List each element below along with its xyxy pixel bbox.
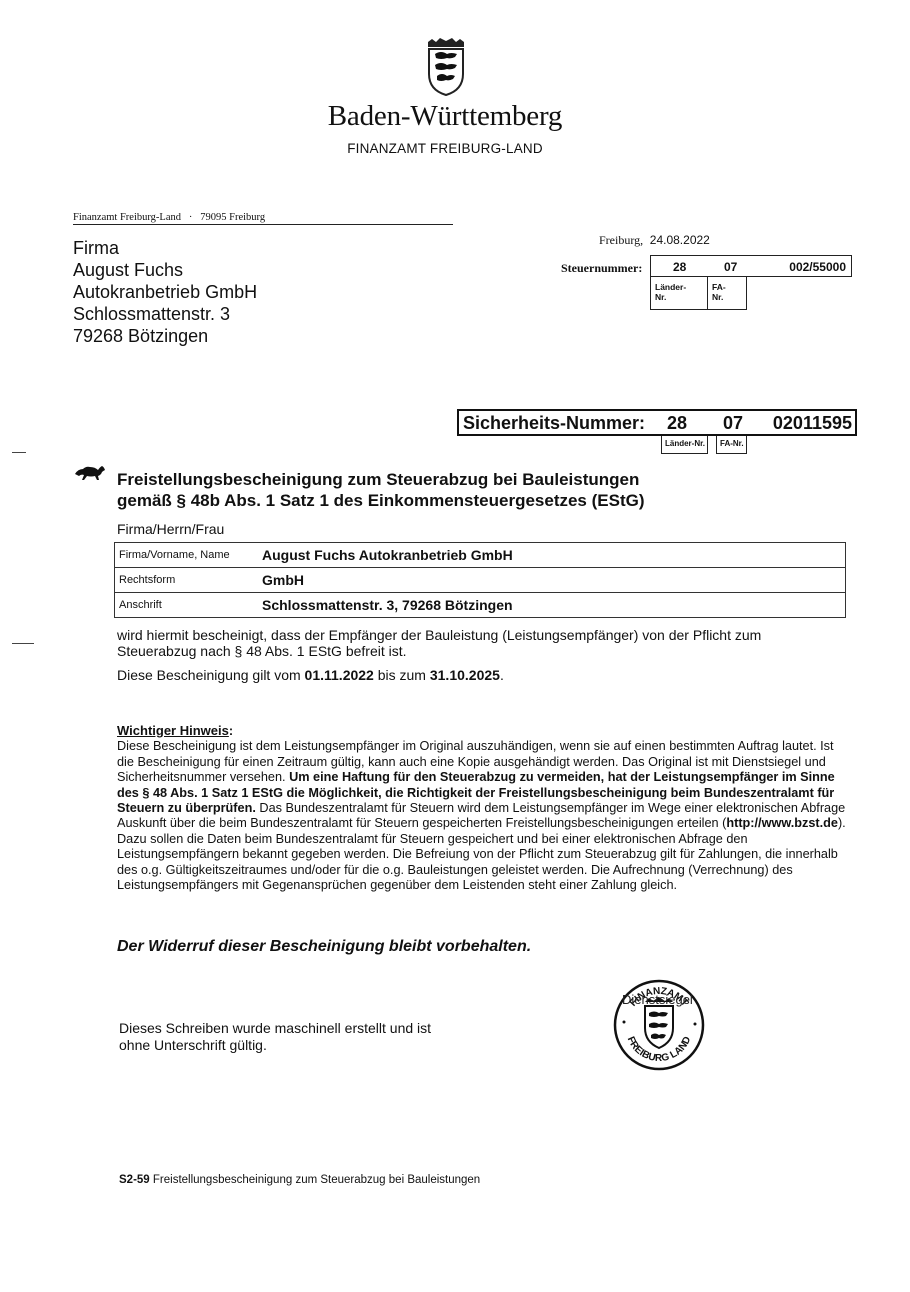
sender-line: Finanzamt Freiburg-Land · 79095 Freiburg: [73, 212, 453, 225]
validity-prefix: Diese Bescheinigung gilt vom: [117, 667, 305, 683]
document-title: Freistellungsbescheinigung zum Steuerabz…: [117, 469, 645, 511]
valid-to-date: 31.10.2025: [430, 667, 500, 683]
office-name: FINANZAMT FREIBURG-LAND: [0, 141, 890, 156]
state-name: Baden-Württemberg: [0, 100, 890, 133]
security-laender-sublabel: Länder-Nr.: [661, 436, 708, 454]
address-line: August Fuchs: [73, 259, 257, 281]
row-value: August Fuchs Autokranbetrieb GmbH: [258, 543, 846, 568]
security-fa-nr: 07: [723, 413, 743, 434]
tax-number-label: Steuernummer:: [561, 261, 642, 276]
security-number-value: 02011595: [773, 413, 852, 434]
security-number-box: Sicherheits-Nummer: 28 07 02011595: [457, 409, 857, 436]
bzst-link[interactable]: http://www.bzst.de: [726, 816, 838, 830]
revocation-note: Der Widerruf dieser Bescheinigung bleibt…: [117, 938, 531, 956]
address-line: 79268 Bötzingen: [73, 325, 257, 347]
important-notice: Wichtiger Hinweis: Diese Bescheinigung i…: [117, 723, 847, 893]
date-line: Freiburg, 24.08.2022: [599, 233, 710, 248]
date-value: 24.08.2022: [650, 233, 710, 247]
tax-laender-nr: 28: [673, 260, 686, 274]
tax-laender-sublabel: Länder-Nr.: [650, 277, 708, 310]
recipient-address: Firma August Fuchs Autokranbetrieb GmbH …: [73, 237, 257, 347]
machine-generated-note: Dieses Schreiben wurde maschinell erstel…: [119, 1020, 431, 1054]
address-line: Schlossmattenstr. 3: [73, 303, 257, 325]
address-line: Autokranbetrieb GmbH: [73, 281, 257, 303]
notice-heading: Wichtiger Hinweis: [117, 723, 229, 738]
note-line: Dieses Schreiben wurde maschinell erstel…: [119, 1020, 431, 1037]
security-laender-nr: 28: [667, 413, 687, 434]
seal-label: Dienstsiegel: [622, 992, 693, 1007]
validity-suffix: .: [500, 667, 504, 683]
tax-number-value: 002/55000: [789, 260, 846, 274]
table-row: Anschrift Schlossmattenstr. 3, 79268 Böt…: [115, 593, 846, 618]
valid-from-date: 01.11.2022: [305, 667, 374, 683]
validity-line: Diese Bescheinigung gilt vom 01.11.2022 …: [117, 667, 857, 683]
recipient-table: Firma/Vorname, Name August Fuchs Autokra…: [114, 542, 846, 618]
tax-number-box: 28 07 002/55000: [650, 255, 852, 277]
fold-mark: [12, 643, 34, 644]
table-row: Rechtsform GmbH: [115, 568, 846, 593]
row-label: Firma/Vorname, Name: [115, 543, 259, 568]
fold-mark: [12, 452, 26, 453]
date-place: Freiburg,: [599, 233, 643, 247]
row-label: Rechtsform: [115, 568, 259, 593]
row-value: GmbH: [258, 568, 846, 593]
tax-fa-nr: 07: [724, 260, 737, 274]
form-code: S2-59: [119, 1174, 150, 1186]
certification-text: wird hiermit bescheinigt, dass der Empfä…: [117, 627, 817, 659]
tax-fa-sublabel: FA-Nr.: [707, 277, 747, 310]
row-value: Schlossmattenstr. 3, 79268 Bötzingen: [258, 593, 846, 618]
title-line-2: gemäß § 48b Abs. 1 Satz 1 des Einkommens…: [117, 490, 645, 511]
coat-of-arms-icon: [424, 38, 468, 96]
title-line-1: Freistellungsbescheinigung zum Steuerabz…: [117, 469, 645, 490]
address-line: Firma: [73, 237, 257, 259]
validity-middle: bis zum: [374, 667, 430, 683]
lion-icon: [74, 465, 106, 481]
salutation: Firma/Herrn/Frau: [117, 521, 224, 537]
row-label: Anschrift: [115, 593, 259, 618]
form-footer: S2-59 Freistellungsbescheinigung zum Ste…: [119, 1174, 480, 1186]
form-name: Freistellungsbescheinigung zum Steuerabz…: [150, 1174, 481, 1186]
security-number-label: Sicherheits-Nummer:: [463, 413, 645, 434]
table-row: Firma/Vorname, Name August Fuchs Autokra…: [115, 543, 846, 568]
security-fa-sublabel: FA-Nr.: [716, 436, 747, 454]
notice-heading-suffix: :: [229, 724, 233, 738]
note-line: ohne Unterschrift gültig.: [119, 1037, 431, 1054]
